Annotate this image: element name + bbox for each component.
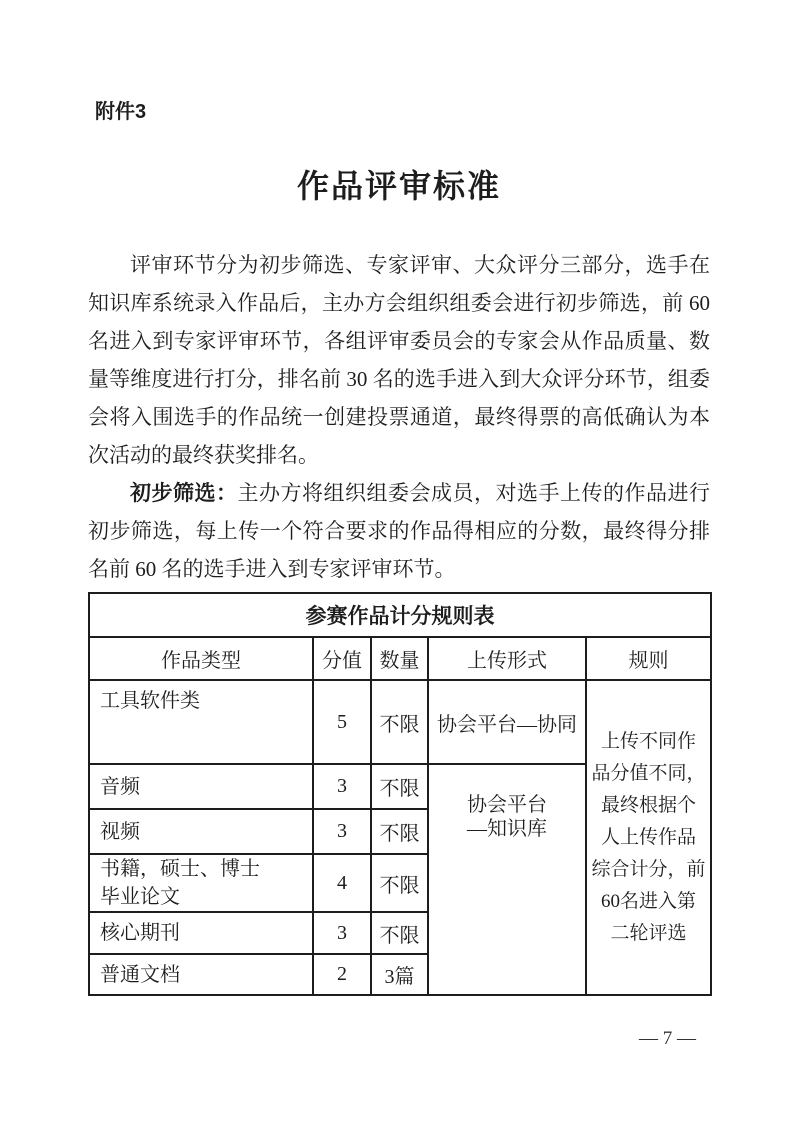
table-title: 参赛作品计分规则表 [89, 593, 711, 637]
column-header-score: 分值 [313, 637, 371, 680]
document-page: 附件3 作品评审标准 评审环节分为初步筛选、专家评审、大众评分三部分，选手在知识… [0, 0, 793, 1123]
cell-score: 5 [313, 680, 371, 764]
cell-work-type: 普通文档 [89, 954, 313, 995]
cell-quantity: 不限 [371, 764, 428, 809]
cell-quantity: 不限 [371, 809, 428, 854]
cell-score: 3 [313, 764, 371, 809]
paragraph-review-process: 评审环节分为初步筛选、专家评审、大众评分三部分，选手在知识库系统录入作品后，主办… [88, 246, 710, 474]
cell-quantity: 不限 [371, 854, 428, 912]
cell-quantity: 不限 [371, 912, 428, 954]
column-header-upload: 上传形式 [428, 637, 586, 680]
cell-score: 3 [313, 912, 371, 954]
cell-score: 4 [313, 854, 371, 912]
cell-quantity: 3篇 [371, 954, 428, 995]
column-header-quantity: 数量 [371, 637, 428, 680]
cell-work-type: 音频 [89, 764, 313, 809]
table-header-row: 作品类型 分值 数量 上传形式 规则 [89, 637, 711, 680]
cell-work-type: 书籍，硕士、博士 毕业论文 [89, 854, 313, 912]
page-number: — 7 — [88, 1028, 710, 1050]
paragraph-initial-screening: 初步筛选：主办方将组织组委会成员，对选手上传的作品进行初步筛选，每上传一个符合要… [88, 474, 710, 588]
paragraph-lead: 初步筛选： [130, 481, 238, 505]
table-title-row: 参赛作品计分规则表 [89, 593, 711, 637]
cell-work-type: 工具软件类 [89, 680, 313, 764]
cell-work-type: 核心期刊 [89, 912, 313, 954]
cell-work-type: 视频 [89, 809, 313, 854]
attachment-label: 附件3 [95, 100, 793, 124]
cell-score: 3 [313, 809, 371, 854]
document-title: 作品评审标准 [88, 166, 710, 206]
cell-upload-merged: 协会平台 —知识库 [428, 764, 586, 995]
table-row: 工具软件类 5 不限 协会平台—协同 上传不同作 品分值不同， 最终根据个 人上… [89, 680, 711, 764]
cell-score: 2 [313, 954, 371, 995]
column-header-rule: 规则 [586, 637, 711, 680]
scoring-rules-table: 参赛作品计分规则表 作品类型 分值 数量 上传形式 规则 工具软件类 5 不限 … [88, 592, 712, 996]
cell-upload-form: 协会平台—协同 [428, 680, 586, 764]
cell-rule-merged: 上传不同作 品分值不同， 最终根据个 人上传作品 综合计分，前 60名进入第 二… [586, 680, 711, 995]
column-header-type: 作品类型 [89, 637, 313, 680]
cell-quantity: 不限 [371, 680, 428, 764]
